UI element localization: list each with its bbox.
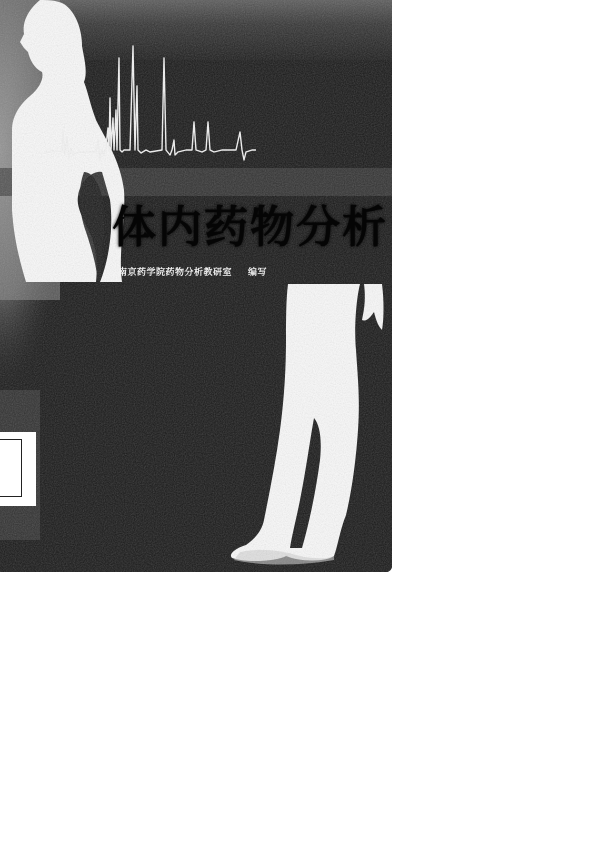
book-cover: 体内药物分析 南京药学院药物分析教研室编写 [0,0,392,572]
publisher-name: 南京药学院药物分析教研室 [118,268,232,278]
publisher-line: 南京药学院药物分析教研室编写 [118,265,267,278]
book-title: 体内药物分析 [112,200,392,256]
library-label-frame [0,439,22,497]
author-role: 编写 [248,268,267,278]
library-label [0,432,36,506]
cover-artwork [0,0,392,572]
